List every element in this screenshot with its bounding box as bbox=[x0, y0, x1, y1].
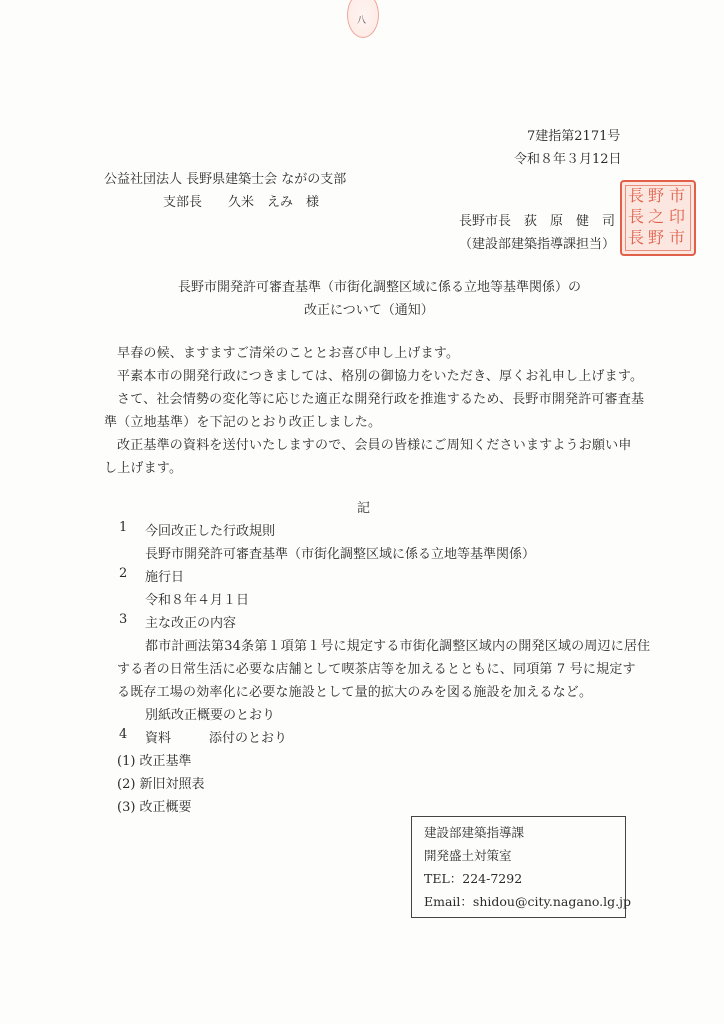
item-content: 令和８年４月１日 bbox=[145, 589, 249, 608]
recipient-organization: 公益社団法人 長野県建築士会 ながの支部 bbox=[104, 168, 346, 187]
document-title-line2: 改正について（通知） bbox=[304, 299, 434, 318]
contact-tel: TEL：224-7292 bbox=[424, 869, 522, 887]
item-heading: 施行日 bbox=[145, 566, 184, 585]
body-paragraph: 改正基準の資料を送付いたしますので、会員の皆様にご周知くださいますようお願い申 bbox=[117, 434, 632, 453]
document-title-line1: 長野市開発許可審査基準（市街化調整区域に係る立地等基準関係）の bbox=[178, 276, 581, 295]
contact-box: 建設部建築指導課 開発盛土対策室 TEL：224-7292 Email：shid… bbox=[411, 816, 626, 918]
official-seal: 長 野 市 長 之 印 長 野 市 bbox=[620, 180, 696, 256]
body-paragraph: 準（立地基準）を下記のとおり改正しました。 bbox=[104, 411, 381, 430]
contact-email[interactable]: Email：shidou@city.nagano.lg.jp bbox=[424, 892, 631, 910]
sender-name: 長野市長 荻 原 健 司 bbox=[459, 210, 615, 229]
ki-heading: 記 bbox=[357, 497, 370, 516]
item-number: 4 bbox=[119, 727, 127, 742]
contact-office: 開発盛土対策室 bbox=[424, 846, 512, 864]
item-content: る既存工場の効率化に必要な施設として量的拡大のみを図る施設を加えるなど。 bbox=[117, 681, 592, 700]
receipt-stamp: 八 bbox=[347, 0, 379, 38]
document-number: 7建指第2171号 bbox=[527, 125, 620, 144]
receipt-stamp-mark: 八 bbox=[357, 13, 366, 26]
attachment-item: (3) 改正概要 bbox=[117, 796, 192, 815]
body-paragraph: さて、社会情勢の変化等に応じた適正な開発行政を推進するため、長野市開発許可審査基 bbox=[117, 388, 644, 407]
item-heading: 主な改正の内容 bbox=[145, 612, 236, 631]
sender-department: （建設部建築指導課担当） bbox=[459, 233, 615, 252]
document-date: 令和８年３月12日 bbox=[514, 148, 622, 167]
item-content: 長野市開発許可審査基準（市街化調整区域に係る立地等基準関係） bbox=[145, 543, 535, 562]
item-content: する者の日常生活に必要な店舗として喫茶店等を加えるとともに、同項第 7 号に規定… bbox=[117, 658, 636, 677]
item-heading: 資料 bbox=[145, 727, 171, 746]
item-heading: 今回改正した行政規則 bbox=[145, 520, 275, 539]
contact-department: 建設部建築指導課 bbox=[424, 823, 524, 841]
attachment-item: (1) 改正基準 bbox=[117, 750, 192, 769]
item-content: 別紙改正概要のとおり bbox=[145, 704, 275, 723]
item-content: 都市計画法第34条第１項第１号に規定する市街化調整区域内の開発区域の周辺に居住 bbox=[145, 635, 650, 654]
item-number: 2 bbox=[119, 566, 127, 581]
attachment-item: (2) 新旧対照表 bbox=[117, 773, 205, 792]
item-note: 添付のとおり bbox=[209, 727, 287, 746]
item-number: 3 bbox=[119, 612, 127, 627]
body-paragraph: 平素本市の開発行政につきましては、格別の御協力をいただき、厚くお礼申し上げます。 bbox=[117, 365, 643, 384]
body-paragraph: 早春の候、ますますご清栄のこととお喜び申し上げます。 bbox=[117, 342, 459, 361]
item-number: 1 bbox=[119, 520, 127, 535]
recipient-name: 支部長 久米 えみ 様 bbox=[163, 191, 319, 210]
body-paragraph: し上げます。 bbox=[104, 457, 182, 476]
